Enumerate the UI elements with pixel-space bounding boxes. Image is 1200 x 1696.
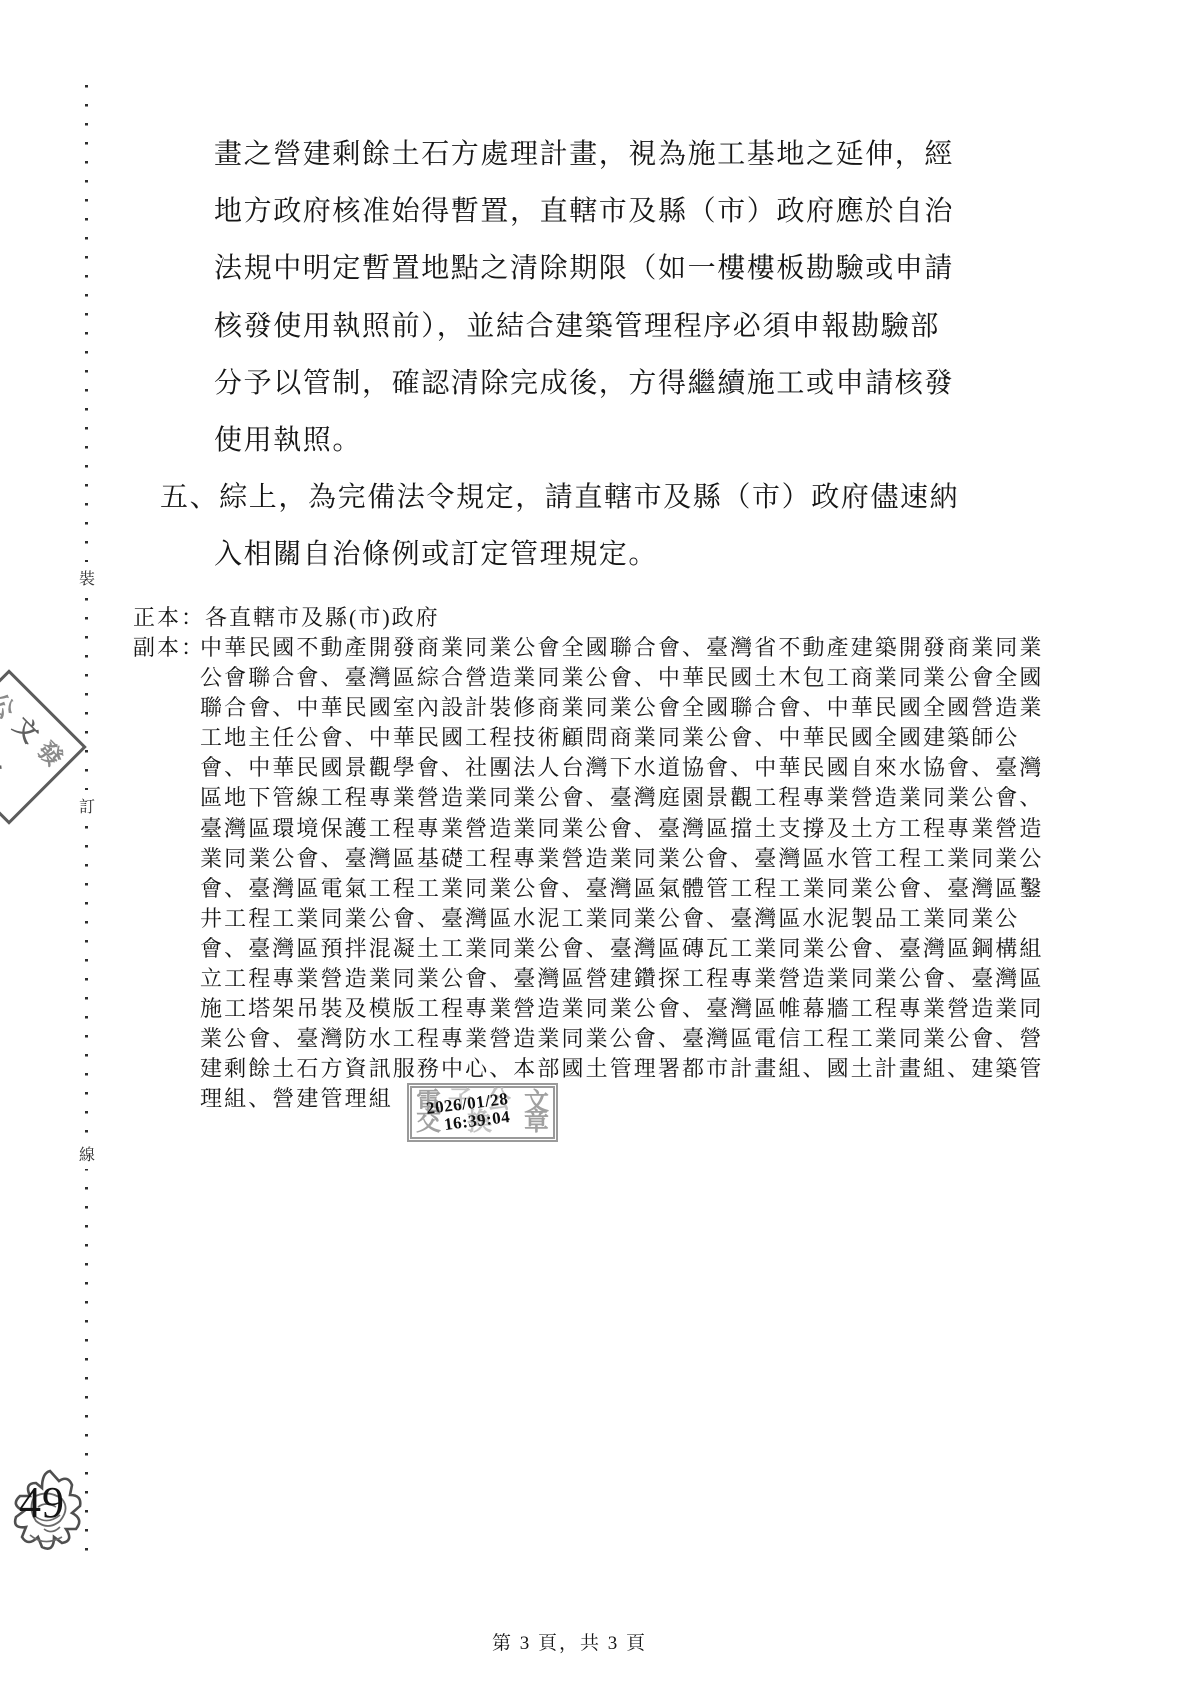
body-line: 地方政府核准始得暫置，直轄市及縣（市）政府應於自治 xyxy=(160,183,1020,240)
copy-recipient-list: 中華民國不動產開發商業同業公會全國聯合會、臺灣省不動產建築開發商業同業 公會聯合… xyxy=(200,633,1044,1115)
page-footer: 第 3 頁，共 3 頁 xyxy=(492,1628,647,1655)
cross-page-seal-char: 發 xyxy=(31,731,73,773)
copy-recipient-line: 會、臺灣區預拌混凝土工業同業公會、臺灣區磚瓦工業同業公會、臺灣區鋼構組 xyxy=(200,934,1044,964)
body-line: 入相關自治條例或訂定管理規定。 xyxy=(160,526,1020,583)
original-recipient-label: 正本： xyxy=(133,605,205,630)
copy-recipient-line: 建剩餘土石方資訊服務中心、本部國土管理署都市計畫組、國土計畫組、建築管 xyxy=(200,1054,1044,1084)
body-line-item-5: 五、綜上，為完備法令規定，請直轄市及縣（市）政府儘速納 xyxy=(160,469,1020,526)
copy-recipient-line: 業同業公會、臺灣區基礎工程專業營造業同業公會、臺灣區水管工程工業同業公 xyxy=(200,844,1044,874)
copy-recipient-line: 理組、營建管理組 xyxy=(200,1084,1044,1114)
binding-mark-zhuang: 裝 xyxy=(76,562,98,593)
copy-recipient-line: 聯合會、中華民國室內設計裝修商業同業公會全國聯合會、中華民國全國營造業 xyxy=(200,693,1044,723)
copy-recipient-line: 會、臺灣區電氣工程工業同業公會、臺灣區氣體管工程工業同業公會、臺灣區鑿 xyxy=(200,874,1044,904)
stamp-char: 章 xyxy=(524,1110,549,1135)
body-line: 法規中明定暫置地點之清除期限（如一樓樓板勘驗或申請 xyxy=(160,240,1020,297)
copy-recipient-line: 立工程專業營造業同業公會、臺灣區營建鑽探工程專業營造業同業公會、臺灣區 xyxy=(200,964,1044,994)
cross-page-seal-char: 章 xyxy=(0,745,11,787)
copy-recipient-line: 井工程工業同業公會、臺灣區水泥工業同業公會、臺灣區水泥製品工業同業公 xyxy=(200,904,1044,934)
copy-recipient-line: 業公會、臺灣防水工程專業營造業同業公會、臺灣區電信工程工業同業公會、營 xyxy=(200,1024,1044,1054)
body-line: 核發使用執照前），並結合建築管理程序必須申報勘驗部 xyxy=(160,298,1020,355)
body-text: 畫之營建剩餘土石方處理計畫，視為施工基地之延伸，經 地方政府核准始得暫置，直轄市… xyxy=(160,126,1020,584)
copy-recipient-line: 中華民國不動產開發商業同業公會全國聯合會、臺灣省不動產建築開發商業同業 xyxy=(200,633,1044,663)
binding-dotted-line xyxy=(85,85,88,1563)
e-document-exchange-stamp: 電 子 公 文 交 換 章 2026/01/28 16:39:04 xyxy=(407,1083,558,1142)
copy-recipient-line: 區地下管線工程專業營造業同業公會、臺灣庭園景觀工程專業營造業同業公會、 xyxy=(200,783,1044,813)
cross-page-seal: 公 文 發 章 xyxy=(0,669,87,825)
copy-recipient-label: 副本： xyxy=(133,633,205,663)
copy-recipient-line: 施工塔架吊裝及模版工程專業營造業同業公會、臺灣區帷幕牆工程專業營造業同 xyxy=(200,994,1044,1024)
body-line: 分予以管制，確認清除完成後，方得繼續施工或申請核發 xyxy=(160,355,1020,412)
body-line: 使用執照。 xyxy=(160,412,1020,469)
page-number-seal: 49 xyxy=(19,1477,65,1528)
document-page: 裝 訂 線 公 文 發 章 畫之營建剩餘土石方處理計畫，視為施工基地之延伸，經 … xyxy=(0,0,1200,1696)
copy-recipient-line: 工地主任公會、中華民國工程技術顧問商業同業公會、中華民國全國建築師公 xyxy=(200,723,1044,753)
binding-mark-ding: 訂 xyxy=(76,790,98,821)
copy-recipient-line: 臺灣區環境保護工程專業營造業同業公會、臺灣區擋土支撐及土方工程專業營造 xyxy=(200,814,1044,844)
body-line: 畫之營建剩餘土石方處理計畫，視為施工基地之延伸，經 xyxy=(160,126,1020,183)
original-recipient-value: 各直轄市及縣(市)政府 xyxy=(205,605,440,630)
binding-mark-xian: 線 xyxy=(76,1138,98,1169)
copy-recipient-line: 公會聯合會、臺灣區綜合營造業同業公會、中華民國土木包工商業同業公會全國 xyxy=(200,663,1044,693)
original-recipient-line: 正本：各直轄市及縣(市)政府 xyxy=(133,601,440,632)
copy-recipient-line: 會、中華民國景觀學會、社團法人台灣下水道協會、中華民國自來水協會、臺灣 xyxy=(200,753,1044,783)
